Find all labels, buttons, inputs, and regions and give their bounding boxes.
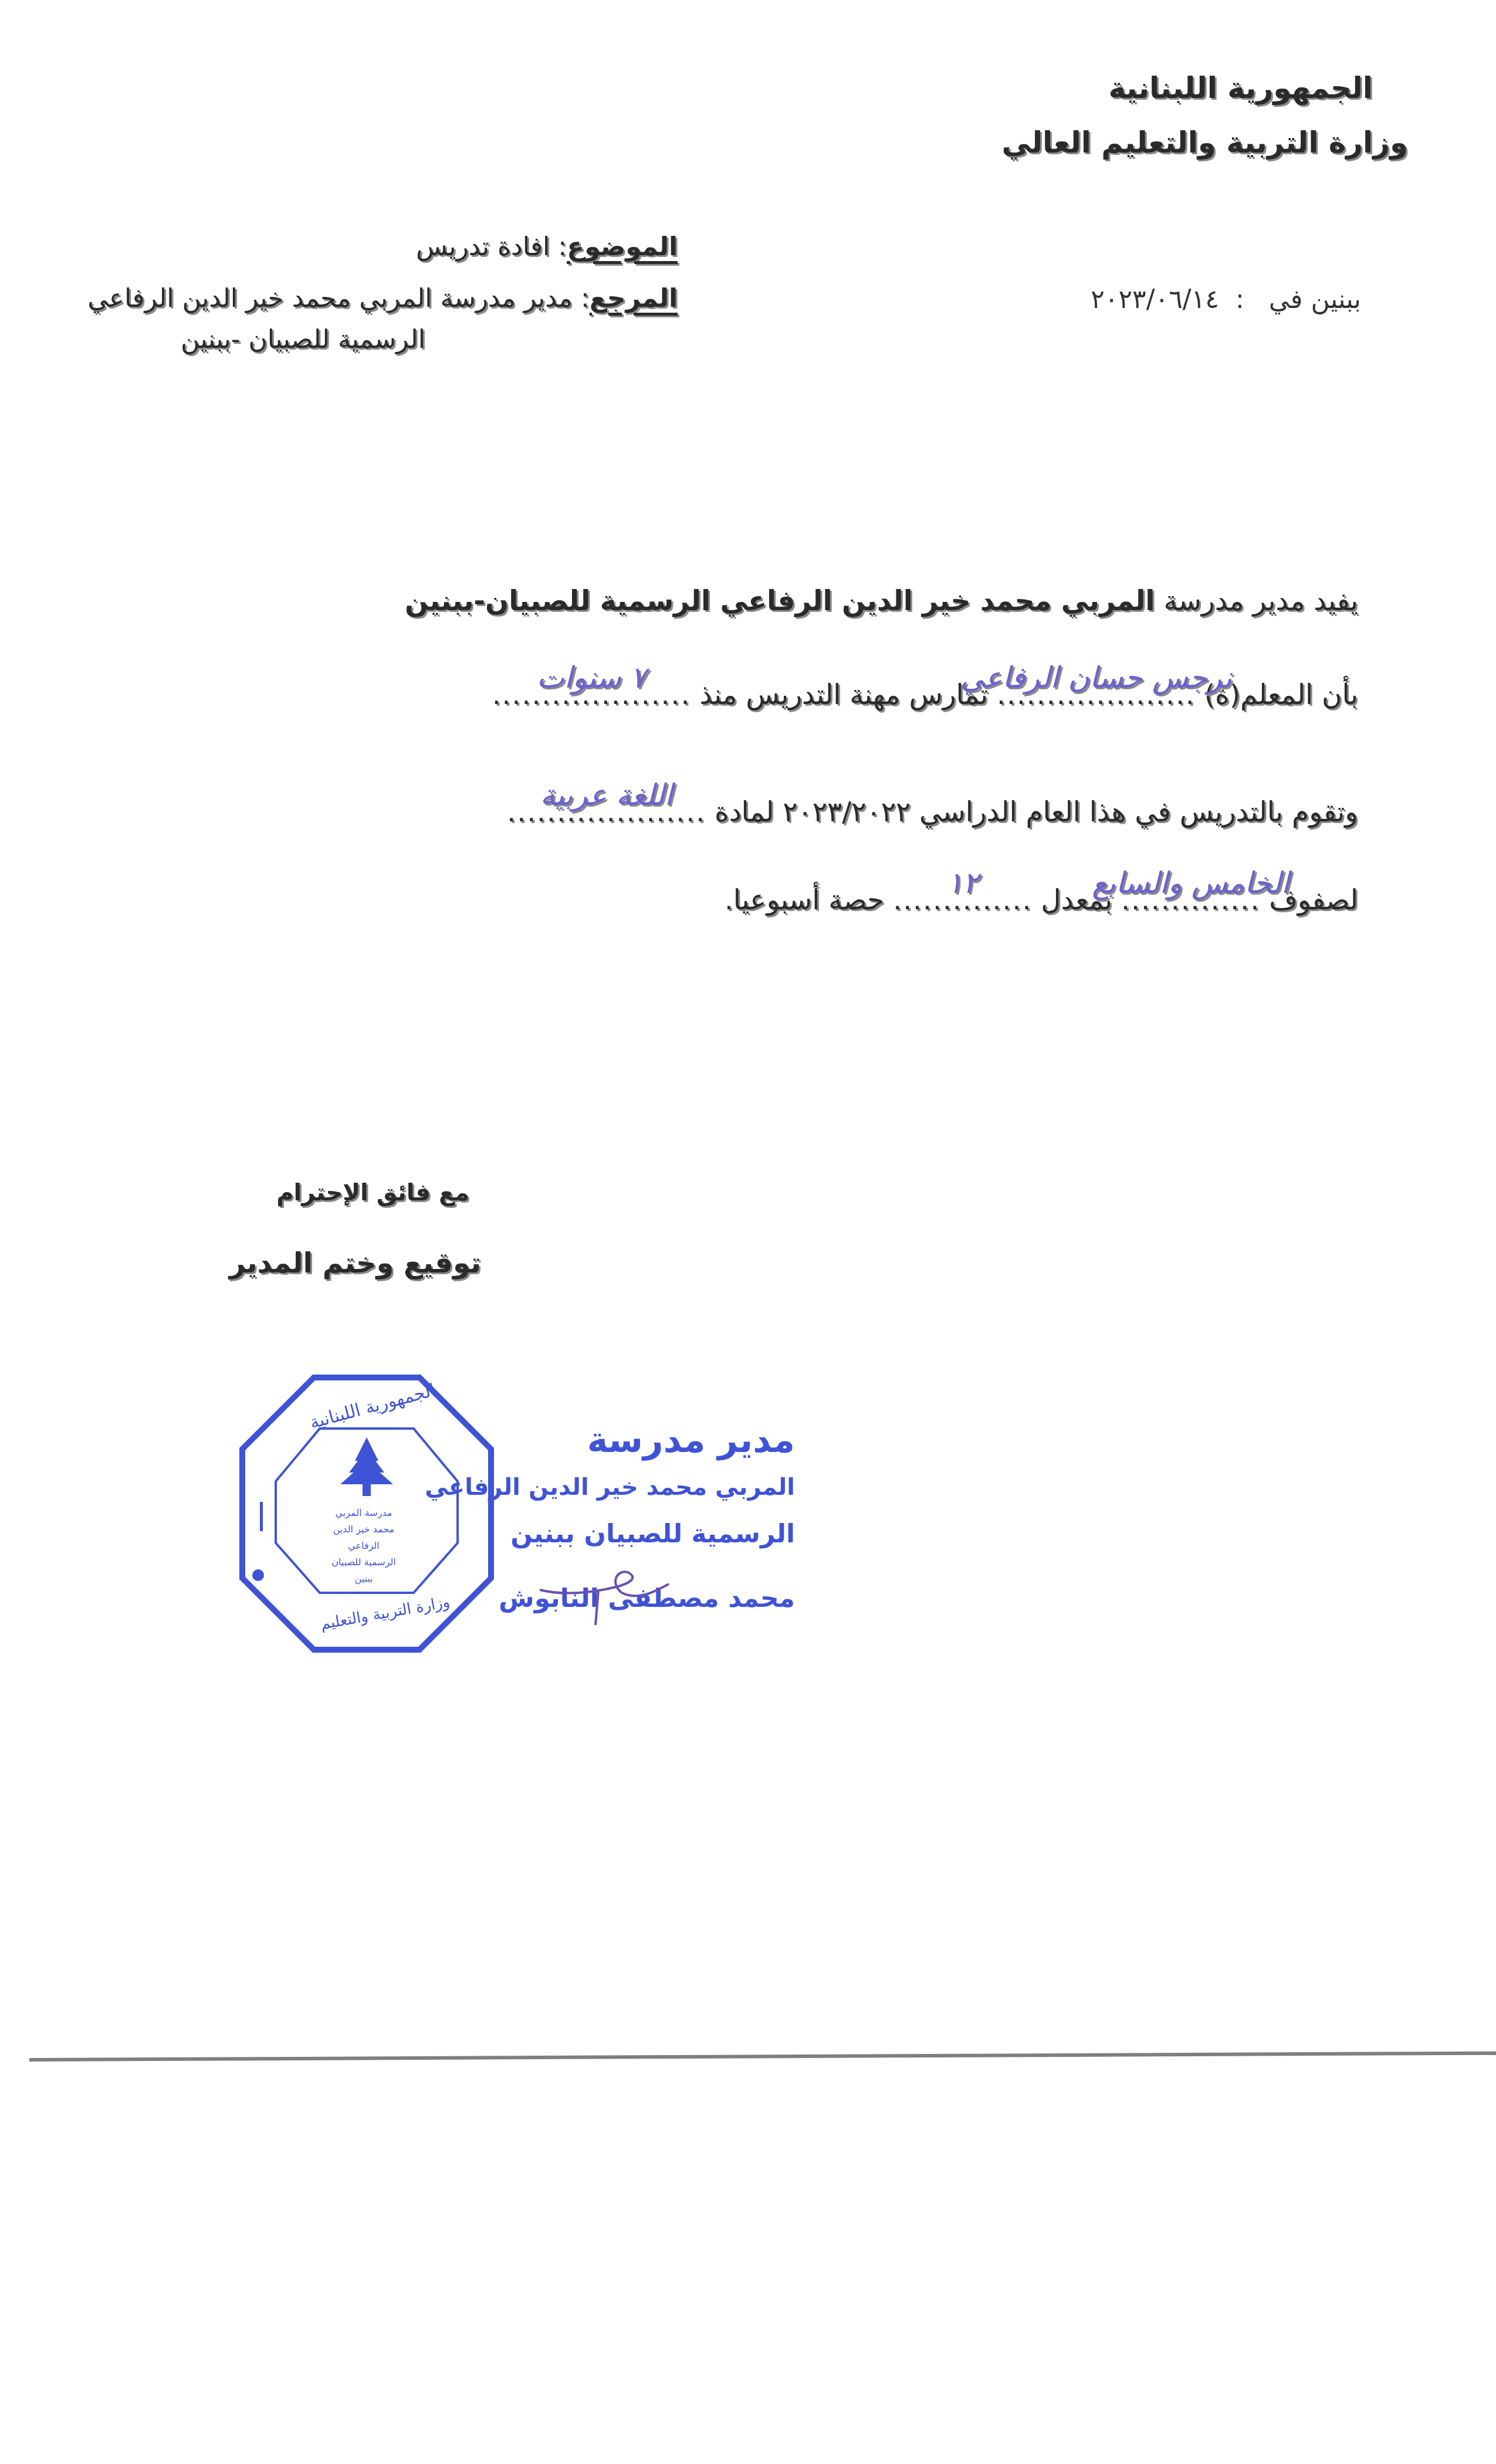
footer-divider xyxy=(29,2052,1496,2062)
intro-line: يفيد مدير مدرسة المربي محمد خير الدين ال… xyxy=(405,581,1358,622)
subject-handwritten: اللغة عربية xyxy=(540,774,673,815)
subject-colon: : xyxy=(550,232,567,262)
teacher-name-handwritten: نرجس حسان الرفاعي xyxy=(960,657,1232,698)
cedar-icon xyxy=(340,1437,393,1496)
reference-value-1: مدير مدرسة المربي محمد خير الدين الرفاعي xyxy=(87,283,573,313)
classes-line: لصفوف .............. الخامس والسابع بمعد… xyxy=(725,880,1358,921)
country-header: الجمهورية اللبنانية xyxy=(1108,67,1373,109)
periods-suffix: حصة أسبوعيا. xyxy=(725,884,884,916)
years-field[interactable]: .................... ٧ سنوات xyxy=(492,675,691,716)
subject-field[interactable]: .................... اللغة عربية xyxy=(507,792,706,833)
signature-label: توقيع وختم المدير xyxy=(229,1247,481,1280)
subject-label: الموضوع xyxy=(567,232,678,262)
stamp-title-3: الرسمية للصبيان ببنين xyxy=(425,1511,795,1558)
reference-line-1: المرجع: مدير مدرسة المربي محمد خير الدين… xyxy=(87,280,678,317)
regards-text: مع فائق الإحترام xyxy=(276,1179,469,1206)
subject-value: افادة تدريس xyxy=(416,232,550,262)
practice-text: تمارس مهنة التدريس منذ xyxy=(699,679,988,711)
reference-label: المرجع xyxy=(590,283,678,313)
stamp-title-2: المربي محمد خير الدين الرفاعي xyxy=(425,1464,795,1511)
teaching-line: وتقوم بالتدريس في هذا العام الدراسي ٢٠٢٣… xyxy=(507,792,1358,833)
reference-line-2: الرسمية للصبيان -ببنين xyxy=(181,321,425,358)
stamp-inner-line-4: ببنين xyxy=(331,1571,396,1587)
stamp-inner-line-3: الرسمية للصبيان xyxy=(331,1554,396,1571)
years-handwritten: ٧ سنوات xyxy=(537,657,647,698)
stamp-inner-line-2: محمد خير الدين الرفاعي xyxy=(331,1521,396,1554)
date-place: ببنين xyxy=(1311,285,1361,314)
ministry-header: وزارة التربية والتعليم العالي xyxy=(1002,122,1408,163)
teacher-line: بأن المعلم(ة) .................... نرجس … xyxy=(492,675,1358,716)
date-separator: : xyxy=(1236,285,1244,314)
stamp-inner-line-1: مدرسة المربي xyxy=(331,1505,396,1521)
reference-colon: : xyxy=(573,283,590,313)
periods-field[interactable]: .............. ١٢ xyxy=(893,880,1032,921)
stamp-title-1: مدير مدرسة xyxy=(425,1417,795,1464)
handwritten-signature-icon xyxy=(528,1561,681,1631)
teacher-name-field[interactable]: .................... نرجس حسان الرفاعي xyxy=(997,675,1196,716)
date-value: ٢٠٢٣/٠٦/١٤ xyxy=(1091,285,1219,314)
intro-prefix: يفيد مدير مدرسة xyxy=(1163,585,1358,617)
intro-school: المربي محمد خير الدين الرفاعي الرسمية لل… xyxy=(405,585,1155,617)
classes-field[interactable]: .............. الخامس والسابع xyxy=(1121,880,1260,921)
classes-handwritten: الخامس والسابع xyxy=(1092,862,1289,903)
teaching-text: وتقوم بالتدريس في هذا العام الدراسي ٢٠٢٣… xyxy=(715,796,1358,828)
date-in: في xyxy=(1269,285,1303,314)
periods-handwritten: ١٢ xyxy=(947,862,979,903)
subject-line: الموضوع: افادة تدريس xyxy=(416,229,678,265)
date-line: ببنين في : ٢٠٢٣/٠٦/١٤ xyxy=(1091,282,1361,318)
